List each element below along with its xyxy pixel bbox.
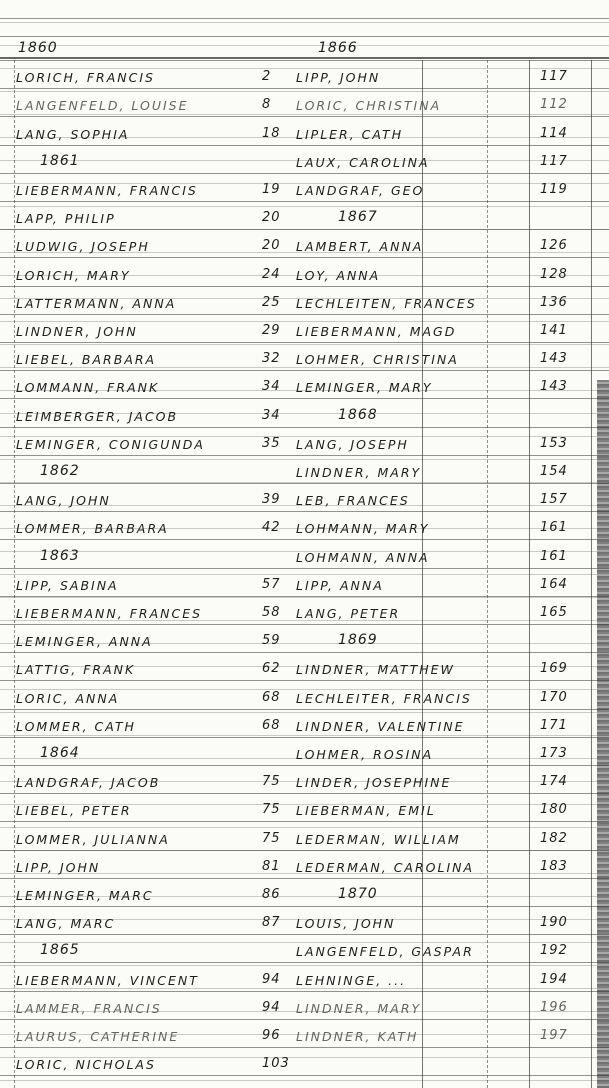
- entry-number: 2: [262, 69, 271, 84]
- scanned-ledger-page: 18601866LORICH, FRANCIS2LIPP, JOHN117LAN…: [0, 0, 609, 1088]
- page-number: 143: [540, 379, 568, 394]
- entry-number: 103: [262, 1056, 290, 1071]
- page-number: 143: [540, 351, 568, 366]
- entry-name-left: LEMINGER, MARC: [16, 888, 154, 903]
- row-rule: [0, 652, 609, 653]
- row-rule: [0, 88, 609, 89]
- section-year: 1864: [40, 745, 80, 761]
- entry-name-left: LOMMER, BARBARA: [16, 521, 169, 536]
- entry-name-left: LANG, MARC: [16, 916, 115, 931]
- entry-name-right: LINDNER, MARY: [296, 465, 421, 480]
- entry-number: 35: [262, 436, 281, 451]
- top-rule: [0, 36, 609, 37]
- page-number: 161: [540, 549, 568, 564]
- page-number: 119: [540, 182, 568, 197]
- entry-name-left: LOMMANN, FRANK: [16, 380, 159, 395]
- entry-name-left: LAPP, PHILIP: [16, 211, 116, 226]
- entry-name-left: LANG, JOHN: [16, 493, 111, 508]
- page-number: 174: [540, 774, 568, 789]
- entry-name-right: LECHLEITEN, FRANCES: [296, 296, 477, 311]
- entry-name-right: LEDERMAN, WILLIAM: [296, 832, 461, 847]
- entry-name-right: LEDERMAN, CAROLINA: [296, 860, 474, 875]
- binding-edge-shadow: [597, 380, 609, 1088]
- entry-name-right: LEHNINGE, ...: [296, 973, 406, 988]
- entry-name-right: LINDER, JOSEPHINE: [296, 775, 451, 790]
- entry-name-right: LAUX, CAROLINA: [296, 155, 430, 170]
- entry-name-left: LINDNER, JOHN: [16, 324, 138, 339]
- row-rule: [0, 878, 609, 879]
- entry-number: 24: [262, 267, 281, 282]
- section-year: 1866: [318, 40, 358, 56]
- row-rule: [0, 314, 609, 315]
- entry-number: 59: [262, 633, 281, 648]
- entry-name-left: LANG, SOPHIA: [16, 127, 129, 142]
- entry-name-right: LEMINGER, MARY: [296, 380, 433, 395]
- entry-name-left: LIPP, JOHN: [16, 860, 100, 875]
- row-rule: [0, 962, 609, 963]
- entry-name-right: LANG, JOSEPH: [296, 437, 409, 452]
- entry-name-right: LINDNER, MATTHEW: [296, 662, 455, 677]
- entry-name-right: LIPLER, CATH: [296, 127, 403, 142]
- entry-name-right: LAMBERT, ANNA: [296, 239, 423, 254]
- row-rule: [0, 370, 609, 371]
- row-rule: [0, 342, 609, 343]
- page-number: 169: [540, 661, 568, 676]
- entry-number: 75: [262, 802, 281, 817]
- entry-number: 75: [262, 774, 281, 789]
- entry-name-left: LEMINGER, CONIGUNDA: [16, 437, 205, 452]
- entry-number: 68: [262, 690, 281, 705]
- entry-name-right: LECHLEITER, FRANCIS: [296, 691, 472, 706]
- header-rule: [0, 57, 609, 59]
- entry-name-right: LOHMANN, ANNA: [296, 550, 430, 565]
- entry-name-right: LINDNER, KATH: [296, 1029, 418, 1044]
- section-year: 1863: [40, 548, 80, 564]
- page-number: 136: [540, 295, 568, 310]
- entry-name-left: LATTERMANN, ANNA: [16, 296, 176, 311]
- entry-name-right: LOHMANN, MARY: [296, 521, 429, 536]
- entry-name-left: LANGENFELD, LOUISE: [16, 98, 189, 113]
- entry-name-right: LIEBERMANN, MAGD: [296, 324, 456, 339]
- entry-name-right: LEB, FRANCES: [296, 493, 410, 508]
- row-rule: [0, 793, 609, 794]
- section-year: 1862: [40, 463, 80, 479]
- entry-number: 57: [262, 577, 281, 592]
- page-number: 128: [540, 267, 568, 282]
- entry-name-left: LEMINGER, ANNA: [16, 634, 153, 649]
- entry-name-left: LATTIG, FRANK: [16, 662, 135, 677]
- row-rule: [0, 511, 609, 512]
- row-rule: [0, 539, 609, 540]
- page-number: 157: [540, 492, 568, 507]
- page-number: 190: [540, 915, 568, 930]
- page-number: 171: [540, 718, 568, 733]
- section-year: 1868: [338, 407, 378, 423]
- entry-name-right: LIEBERMAN, EMIL: [296, 803, 436, 818]
- entry-number: 86: [262, 887, 281, 902]
- entry-name-right: LINDNER, MARY: [296, 1001, 421, 1016]
- entry-name-right: LIPP, ANNA: [296, 578, 384, 593]
- entry-number: 19: [262, 182, 281, 197]
- entry-name-left: LIEBERMANN, FRANCES: [16, 606, 202, 621]
- row-rule: [0, 201, 609, 202]
- top-rule: [0, 18, 609, 19]
- page-number: 164: [540, 577, 568, 592]
- page-number: 180: [540, 802, 568, 817]
- entry-name-left: LUDWIG, JOSEPH: [16, 239, 150, 254]
- entry-name-left: LOMMER, CATH: [16, 719, 136, 734]
- section-year: 1867: [338, 209, 378, 225]
- section-year: 1870: [338, 886, 378, 902]
- section-year: 1860: [18, 40, 58, 56]
- entry-number: 94: [262, 1000, 281, 1015]
- entry-name-right: LOY, ANNA: [296, 268, 380, 283]
- entry-number: 62: [262, 661, 281, 676]
- row-rule: [0, 624, 609, 625]
- entry-name-left: LAMMER, FRANCIS: [16, 1001, 162, 1016]
- row-rule: [0, 1075, 609, 1076]
- entry-name-left: LORIC, ANNA: [16, 691, 119, 706]
- row-rule: [0, 821, 609, 822]
- row-rule: [0, 568, 609, 569]
- entry-number: 18: [262, 126, 281, 141]
- row-rule: [0, 145, 609, 146]
- page-number: 197: [540, 1028, 568, 1043]
- row-rule: [0, 1047, 609, 1048]
- page-number: 170: [540, 690, 568, 705]
- row-rule: [0, 427, 609, 428]
- row-rule: [0, 1019, 609, 1020]
- entry-number: 94: [262, 972, 281, 987]
- page-number: 154: [540, 464, 568, 479]
- row-rule: [0, 229, 609, 230]
- entry-number: 8: [262, 97, 271, 112]
- row-rule: [0, 906, 609, 907]
- page-number: 173: [540, 746, 568, 761]
- row-rule: [0, 991, 609, 992]
- entry-name-left: LAURUS, CATHERINE: [16, 1029, 179, 1044]
- entry-number: 25: [262, 295, 281, 310]
- entry-name-right: LANGENFELD, GASPAR: [296, 944, 474, 959]
- entry-name-left: LEIMBERGER, JACOB: [16, 409, 178, 424]
- page-number: 161: [540, 520, 568, 535]
- page-number: 153: [540, 436, 568, 451]
- page-number: 141: [540, 323, 568, 338]
- row-rule: [0, 173, 609, 174]
- entry-name-left: LIEBERMANN, VINCENT: [16, 973, 199, 988]
- row-rule: [0, 765, 609, 766]
- section-year: 1869: [338, 632, 378, 648]
- page-number: 117: [540, 154, 568, 169]
- entry-name-left: LANDGRAF, JACOB: [16, 775, 160, 790]
- entry-number: 68: [262, 718, 281, 733]
- section-year: 1865: [40, 942, 80, 958]
- entry-name-right: LOHMER, CHRISTINA: [296, 352, 459, 367]
- entry-number: 20: [262, 210, 281, 225]
- page-number: 114: [540, 126, 568, 141]
- row-rule: [0, 398, 609, 399]
- page-number: 192: [540, 943, 568, 958]
- row-rule: [0, 60, 609, 61]
- row-rule: [0, 737, 609, 738]
- row-rule: [0, 709, 609, 710]
- row-rule: [0, 116, 609, 117]
- entry-name-right: LANG, PETER: [296, 606, 400, 621]
- entry-name-right: LOHMER, ROSINA: [296, 747, 433, 762]
- entry-name-right: LOUIS, JOHN: [296, 916, 395, 931]
- row-rule: [0, 850, 609, 851]
- entry-number: 32: [262, 351, 281, 366]
- row-rule: [0, 680, 609, 681]
- page-number: 112: [540, 97, 568, 112]
- row-rule: [0, 455, 609, 456]
- row-rule: [0, 257, 609, 258]
- entry-number: 87: [262, 915, 281, 930]
- entry-number: 39: [262, 492, 281, 507]
- page-number: 182: [540, 831, 568, 846]
- entry-number: 34: [262, 379, 281, 394]
- row-rule: [0, 483, 609, 484]
- entry-name-left: LIEBEL, PETER: [16, 803, 132, 818]
- entry-number: 81: [262, 859, 281, 874]
- entry-number: 58: [262, 605, 281, 620]
- entry-number: 42: [262, 520, 281, 535]
- entry-name-right: LIPP, JOHN: [296, 70, 380, 85]
- entry-name-left: LIEBERMANN, FRANCIS: [16, 183, 198, 198]
- page-number: 126: [540, 238, 568, 253]
- page-number: 165: [540, 605, 568, 620]
- entry-number: 20: [262, 238, 281, 253]
- entry-number: 34: [262, 408, 281, 423]
- entry-name-right: LINDNER, VALENTINE: [296, 719, 465, 734]
- entry-name-left: LORICH, FRANCIS: [16, 70, 155, 85]
- entry-name-right: LORIC, CHRISTINA: [296, 98, 441, 113]
- page-number: 183: [540, 859, 568, 874]
- page-number: 117: [540, 69, 568, 84]
- entry-name-right: LANDGRAF, GEO: [296, 183, 424, 198]
- entry-name-left: LIPP, SABINA: [16, 578, 119, 593]
- page-number: 194: [540, 972, 568, 987]
- entry-name-left: LORICH, MARY: [16, 268, 131, 283]
- entry-name-left: LOMMER, JULIANNA: [16, 832, 170, 847]
- entry-name-left: LIEBEL, BARBARA: [16, 352, 156, 367]
- page-number: 196: [540, 1000, 568, 1015]
- section-year: 1861: [40, 153, 80, 169]
- row-rule: [0, 286, 609, 287]
- entry-number: 96: [262, 1028, 281, 1043]
- entry-number: 29: [262, 323, 281, 338]
- entry-name-left: LORIC, NICHOLAS: [16, 1057, 156, 1072]
- row-rule: [0, 934, 609, 935]
- row-rule: [0, 596, 609, 597]
- entry-number: 75: [262, 831, 281, 846]
